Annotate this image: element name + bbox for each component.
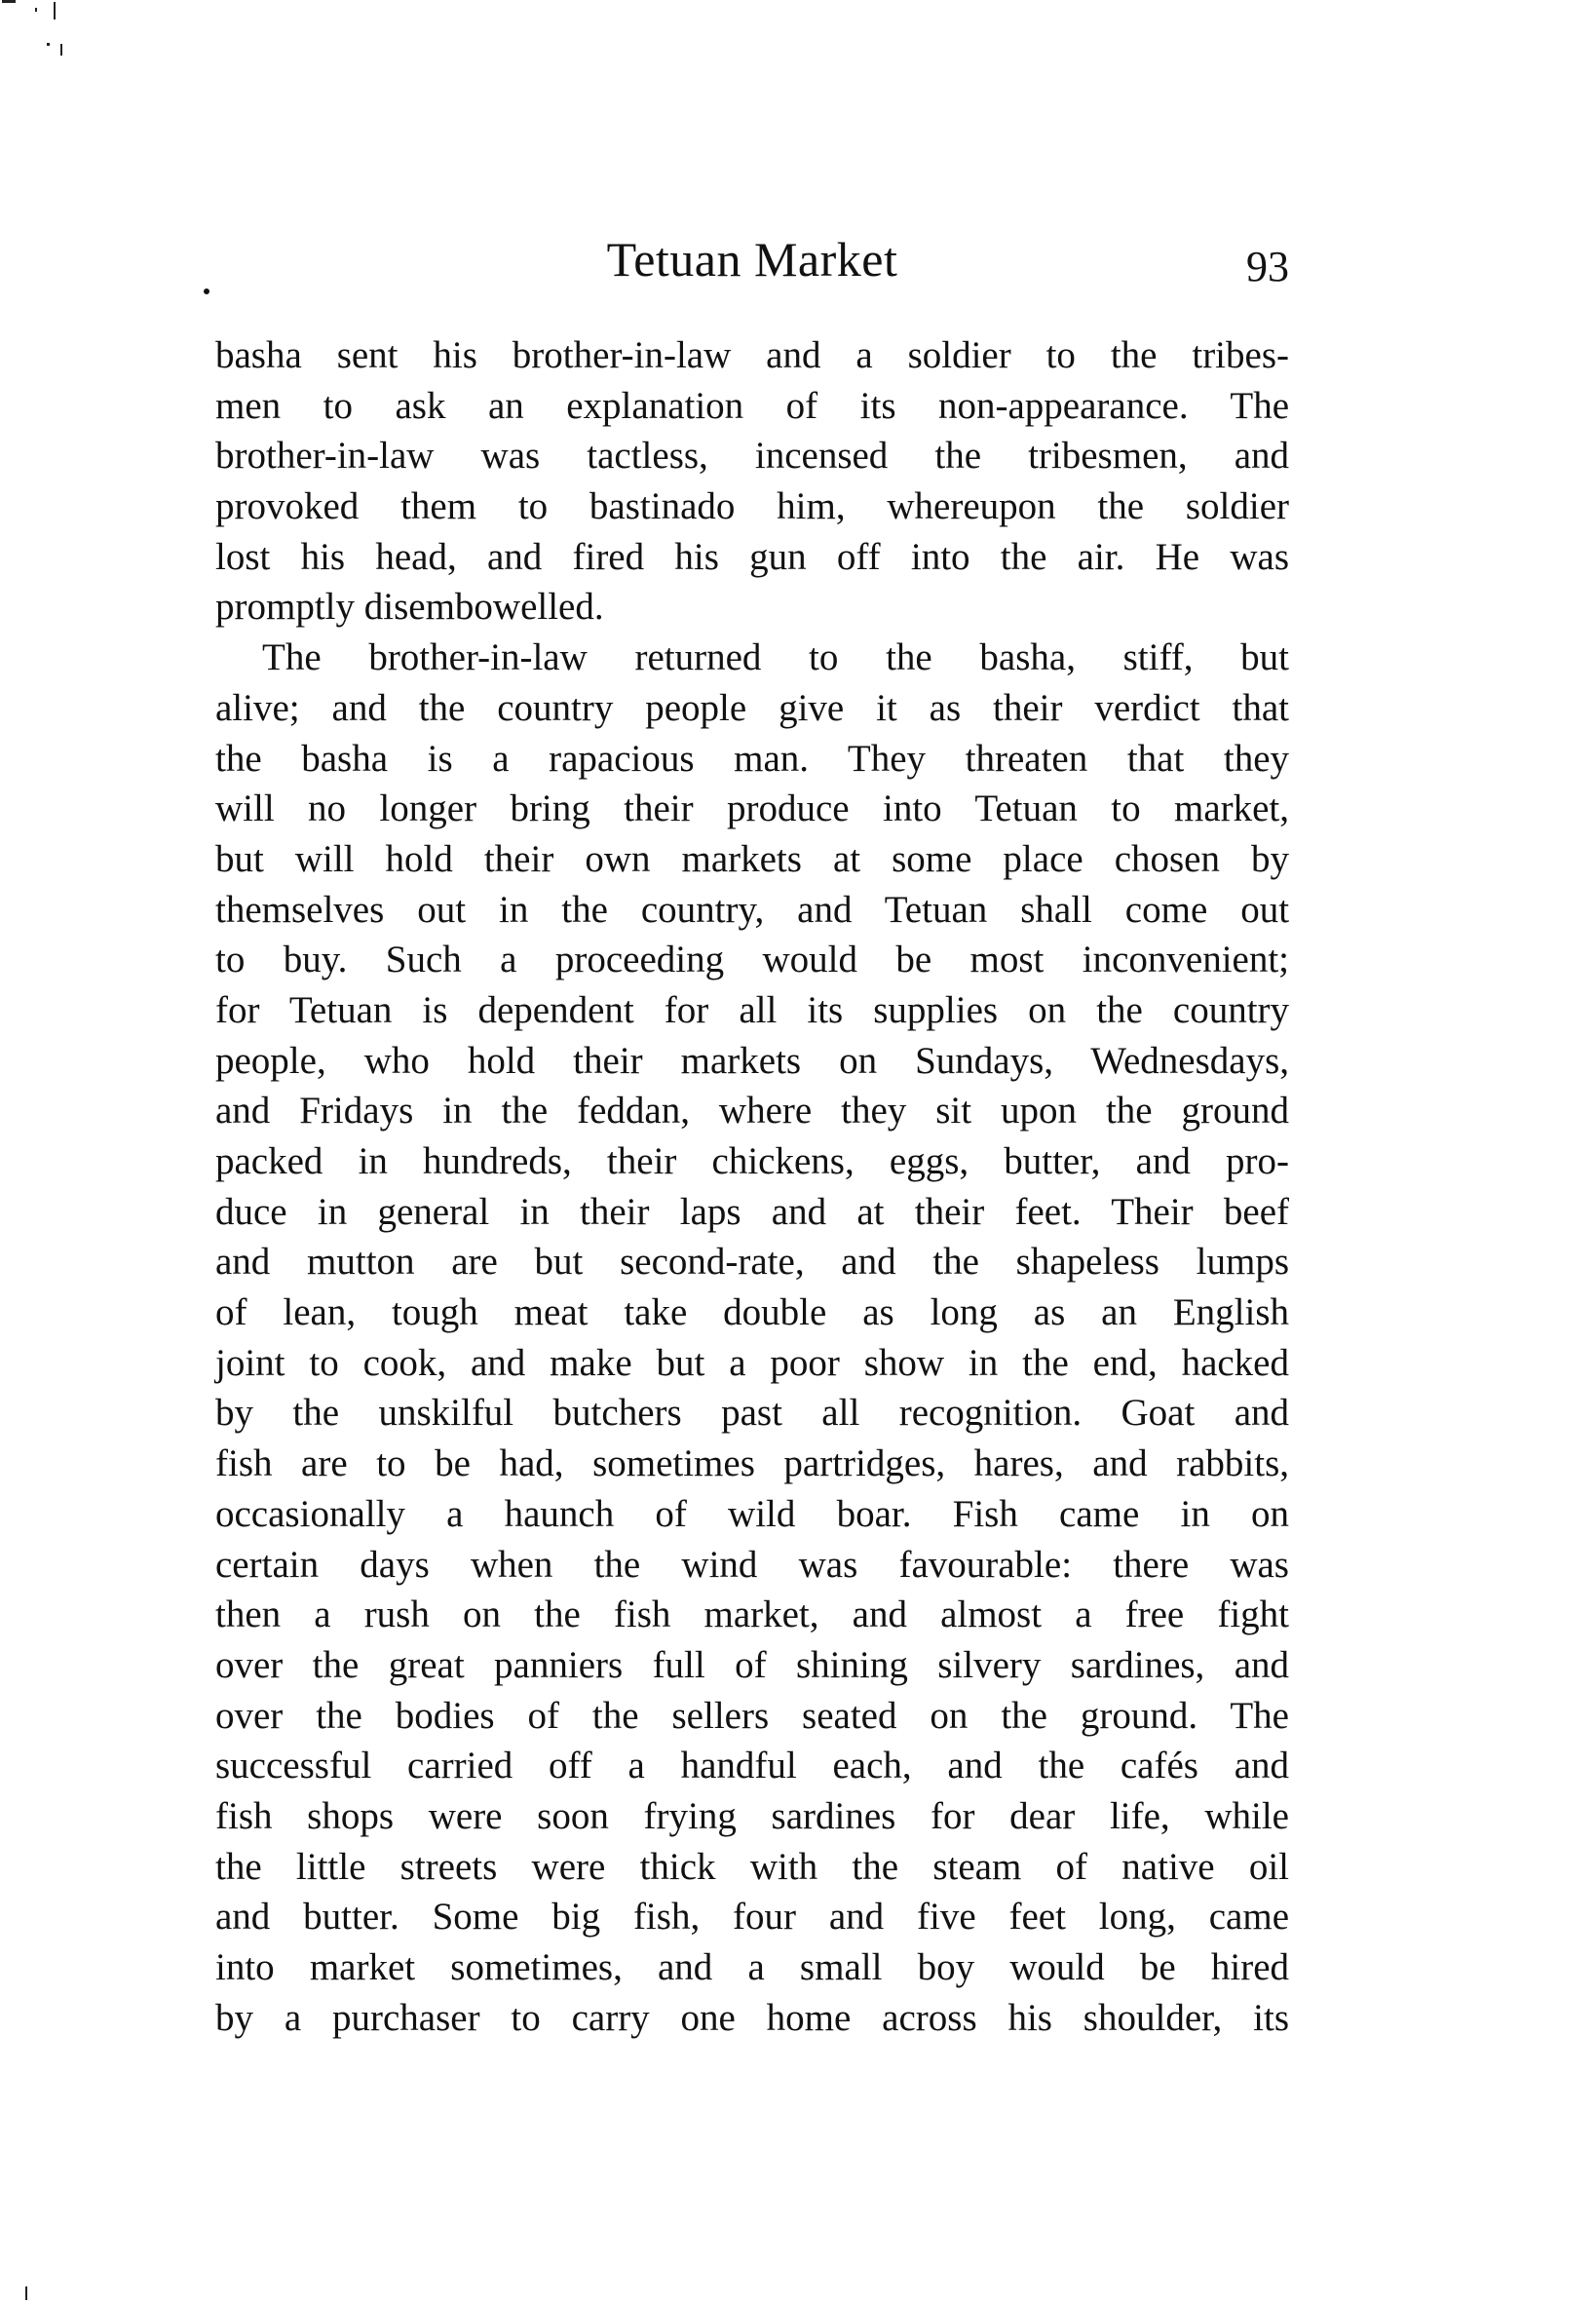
text-line: successful carried off a handful each, a… <box>215 1741 1289 1791</box>
text-line: fish are to be had, sometimes partridges… <box>215 1439 1289 1489</box>
body-text: basha sent his brother-in-law and a sold… <box>215 330 1289 2043</box>
print-dot <box>204 288 209 294</box>
scan-speck <box>25 2286 27 2300</box>
text-line: The brother-in-law returned to the basha… <box>215 633 1289 683</box>
text-line: basha sent his brother-in-law and a sold… <box>215 330 1289 381</box>
text-line: by the unskilful butchers past all recog… <box>215 1388 1289 1439</box>
running-head: Tetuan Market 93 <box>215 230 1289 288</box>
scan-speck <box>47 43 50 46</box>
text-line: by a purchaser to carry one home across … <box>215 1993 1289 2044</box>
text-line: and Fridays in the feddan, where they si… <box>215 1086 1289 1136</box>
text-line: and mutton are but second-rate, and the … <box>215 1237 1289 1287</box>
text-line: alive; and the country people give it as… <box>215 683 1289 734</box>
scan-speck <box>60 44 62 56</box>
text-line: occasionally a haunch of wild boar. Fish… <box>215 1489 1289 1540</box>
text-line: men to ask an explanation of its non-app… <box>215 381 1289 432</box>
scan-speck <box>2 0 16 3</box>
text-line: packed in hundreds, their chickens, eggs… <box>215 1136 1289 1187</box>
text-line: of lean, tough meat take double as long … <box>215 1287 1289 1338</box>
text-line: certain days when the wind was favourabl… <box>215 1540 1289 1591</box>
text-line: people, who hold their markets on Sunday… <box>215 1036 1289 1087</box>
text-line: brother-in-law was tactless, incensed th… <box>215 431 1289 481</box>
text-line: will no longer bring their produce into … <box>215 784 1289 834</box>
book-page: Tetuan Market 93 basha sent his brother-… <box>0 0 1596 2304</box>
text-line: promptly disembowelled. <box>215 582 1289 633</box>
text-line: to buy. Such a proceeding would be most … <box>215 935 1289 985</box>
text-line: and butter. Some big fish, four and five… <box>215 1892 1289 1942</box>
text-line: themselves out in the country, and Tetua… <box>215 885 1289 936</box>
text-line: over the bodies of the sellers seated on… <box>215 1691 1289 1742</box>
text-line: joint to cook, and make but a poor show … <box>215 1338 1289 1389</box>
text-line: then a rush on the fish market, and almo… <box>215 1590 1289 1640</box>
text-line: into market sometimes, and a small boy w… <box>215 1942 1289 1993</box>
text-line: fish shops were soon frying sardines for… <box>215 1791 1289 1842</box>
text-line: the basha is a rapacious man. They threa… <box>215 734 1289 785</box>
text-line: the little streets were thick with the s… <box>215 1842 1289 1893</box>
text-line: provoked them to bastinado him, whereupo… <box>215 481 1289 532</box>
scan-speck <box>54 2 56 19</box>
page-number: 93 <box>1246 238 1289 296</box>
text-line: but will hold their own markets at some … <box>215 834 1289 885</box>
text-line: over the great panniers full of shining … <box>215 1640 1289 1691</box>
text-line: lost his head, and fired his gun off int… <box>215 532 1289 583</box>
chapter-title: Tetuan Market <box>215 230 1289 288</box>
text-line: for Tetuan is dependent for all its supp… <box>215 985 1289 1036</box>
text-line: duce in general in their laps and at the… <box>215 1187 1289 1238</box>
scan-speck <box>35 8 37 12</box>
